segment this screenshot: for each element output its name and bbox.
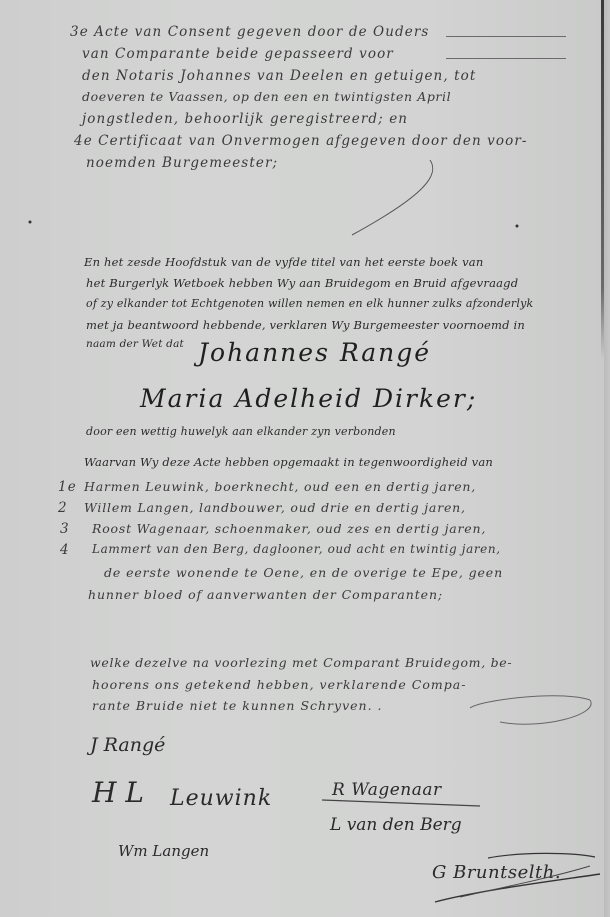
witness-number: 4 — [60, 542, 70, 558]
witnesses-intro: Waarvan Wy deze Acte hebben opgemaakt in… — [84, 455, 493, 469]
body-line: het Burgerlyk Wetboek hebben Wy aan Brui… — [86, 276, 518, 290]
page-edge-shadow — [604, 0, 610, 917]
fill-rule — [446, 58, 566, 59]
witness-number: 2 — [58, 500, 68, 516]
bride-name: Maria Adelheid Dirker; — [140, 384, 477, 413]
witness-entry: Roost Wagenaar, schoenmaker, oud zes en … — [92, 521, 486, 536]
annex-line: 3e Acte van Consent gegeven door de Oude… — [70, 24, 429, 40]
signature-initials: H L — [92, 776, 144, 809]
witness-number: 1e — [58, 479, 77, 495]
annex-line: doeveren te Vaassen, op den een en twint… — [82, 89, 451, 104]
residence-line: hunner bloed of aanverwanten der Compara… — [88, 587, 443, 602]
closing-line: hoorens ons getekend hebben, verklarende… — [92, 677, 466, 692]
signature-wagenaar: R Wagenaar — [332, 780, 442, 800]
signature-langen: Wm Langen — [118, 842, 209, 860]
annex-line: jongstleden, behoorlijk geregistreerd; e… — [82, 111, 408, 127]
annex-line: noemden Burgemeester; — [86, 155, 278, 171]
closing-line: welke dezelve na voorlezing met Comparan… — [90, 655, 512, 670]
residence-line: de eerste wonende te Oene, en de overige… — [104, 565, 503, 580]
witness-number: 3 — [60, 521, 70, 537]
signature-mayor: G Bruntselth. — [432, 862, 561, 883]
signature-groom: J Rangé — [90, 734, 165, 756]
closing-line: rante Bruide niet te kunnen Schryven. . — [92, 698, 383, 713]
body-line: of zy elkander tot Echtgenoten willen ne… — [86, 297, 533, 310]
body-line: met ja beantwoord hebbende, verklaren Wy… — [86, 318, 525, 332]
body-line: En het zesde Hoofdstuk van de vyfde tite… — [84, 255, 483, 269]
annex-line: den Notaris Johannes van Deelen en getui… — [82, 68, 476, 84]
witness-entry: Lammert van den Berg, daglooner, oud ach… — [92, 542, 501, 556]
signature-leuwink: Leuwink — [170, 786, 272, 811]
signature-van-den-berg: L van den Berg — [330, 815, 462, 835]
body-line: naam der Wet dat — [86, 338, 184, 350]
fill-rule — [446, 36, 566, 37]
page-binding-edge — [601, 0, 604, 360]
annex-line: van Comparante beide gepasseerd voor — [82, 46, 394, 62]
groom-name: Johannes Rangé — [198, 338, 431, 367]
witness-entry: Harmen Leuwink, boerknecht, oud een en d… — [84, 479, 476, 494]
annex-line: 4e Certificaat van Onvermogen afgegeven … — [74, 133, 528, 149]
union-line: door een wettig huwelyk aan elkander zyn… — [86, 425, 396, 438]
witness-entry: Willem Langen, landbouwer, oud drie en d… — [84, 500, 466, 515]
